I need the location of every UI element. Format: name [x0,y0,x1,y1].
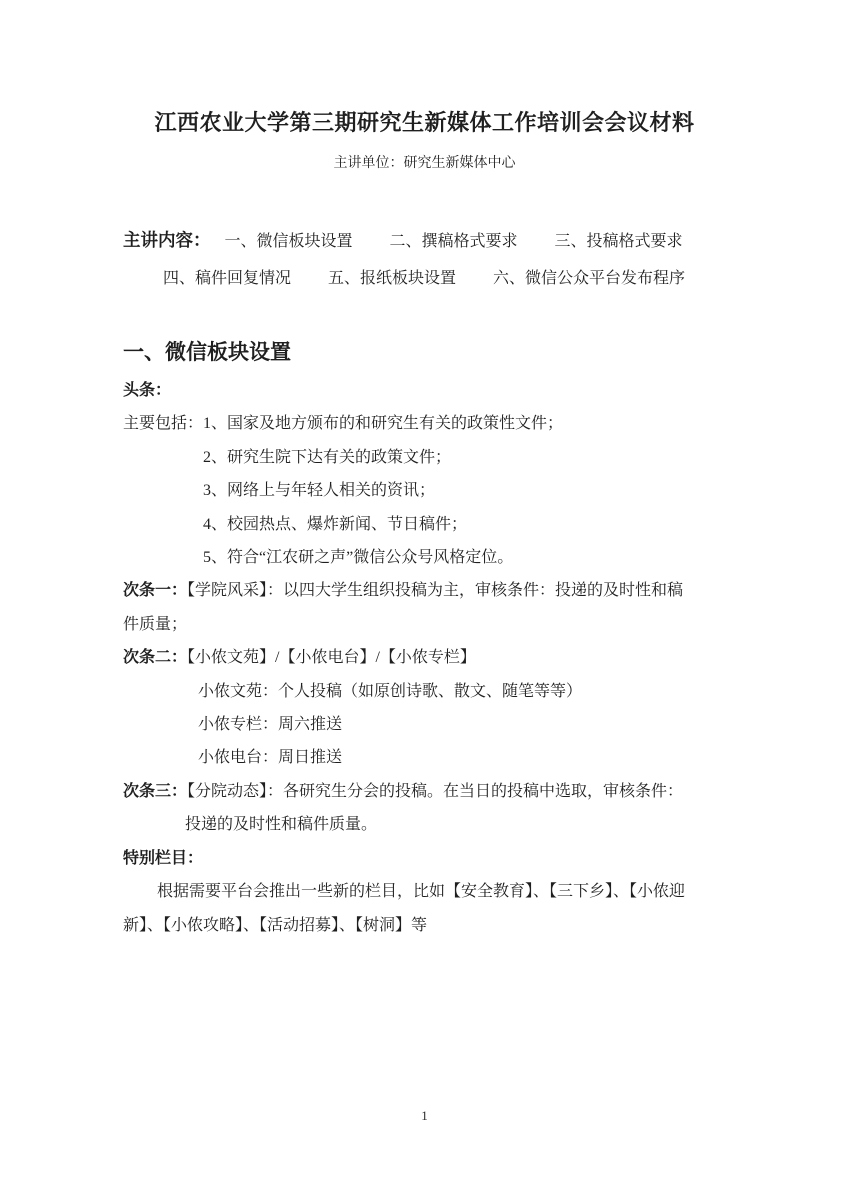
headline-label: 头条： [123,374,726,407]
secondary-2-sub-item-1: 小侬文苑：个人投稿（如原创诗歌、散文、随笔等等） [123,675,726,708]
agenda-item-5: 五、报纸板块设置 [328,270,456,287]
page-number: 1 [0,1106,849,1126]
secondary-2-label: 次条二： [123,649,187,666]
secondary-3-line-2: 投递的及时性和稿件质量。 [123,808,726,841]
section-heading: 一、微信板块设置 [123,337,726,367]
headline-item-4: 4、校园热点、爆炸新闻、节日稿件； [123,508,726,541]
secondary-2-sub-item-3: 小侬电台：周日推送 [123,741,726,774]
document-title: 江西农业大学第三期研究生新媒体工作培训会会议材料 [123,106,726,140]
special-label: 特别栏目： [123,842,726,875]
special-line-1: 根据需要平台会推出一些新的栏目，比如【安全教育】、【三下乡】、【小侬迎 [123,875,726,908]
headline-item-3: 3、网络上与年轻人相关的资讯； [123,474,726,507]
agenda-row-2: 四、稿件回复情况 五、报纸板块设置 六、微信公众平台发布程序 [123,260,726,297]
secondary-3-label: 次条三： [123,783,187,800]
special-line-2: 新】、【小侬攻略】、【活动招募】、【树洞】等 [123,909,726,942]
headline-intro: 主要包括：1、国家及地方颁布的和研究生有关的政策性文件； [123,407,726,440]
agenda-row-1: 主讲内容： 一、微信板块设置 二、撰稿格式要求 三、投稿格式要求 [123,222,726,260]
document-page: 江西农业大学第三期研究生新媒体工作培训会会议材料 主讲单位：研究生新媒体中心 主… [0,0,849,1200]
section-body: 头条： 主要包括：1、国家及地方颁布的和研究生有关的政策性文件； 2、研究生院下… [123,374,726,942]
agenda-label: 主讲内容： [123,230,211,250]
secondary-2-text: 【小侬文苑】/【小侬电台】/【小侬专栏】 [187,649,476,666]
agenda-item-3: 三、投稿格式要求 [555,233,683,250]
secondary-1-line-1: 次条一：【学院风采】：以四大学生组织投稿为主，审核条件：投递的及时性和稿 [123,574,726,607]
agenda-item-2: 二、撰稿格式要求 [390,233,518,250]
agenda-item-6: 六、微信公众平台发布程序 [493,270,685,287]
document-subtitle: 主讲单位：研究生新媒体中心 [123,152,726,176]
secondary-3-line-1: 次条三：【分院动态】：各研究生分会的投稿。在当日的投稿中选取，审核条件： [123,775,726,808]
secondary-2-sub-item-2: 小侬专栏：周六推送 [123,708,726,741]
secondary-1-line-2: 件质量； [123,608,726,641]
secondary-3-text: 【分院动态】：各研究生分会的投稿。在当日的投稿中选取，审核条件： [187,783,683,800]
secondary-2-line-1: 次条二：【小侬文苑】/【小侬电台】/【小侬专栏】 [123,641,726,674]
headline-item-2: 2、研究生院下达有关的政策文件； [123,441,726,474]
headline-item-5: 5、符合“江农研之声”微信公众号风格定位。 [123,541,726,574]
secondary-1-text: 【学院风采】：以四大学生组织投稿为主，审核条件：投递的及时性和稿 [187,582,683,599]
agenda-item-4: 四、稿件回复情况 [163,270,291,287]
agenda-item-1: 一、微信板块设置 [225,233,353,250]
secondary-1-label: 次条一： [123,582,187,599]
agenda: 主讲内容： 一、微信板块设置 二、撰稿格式要求 三、投稿格式要求 四、稿件回复情… [123,222,726,297]
